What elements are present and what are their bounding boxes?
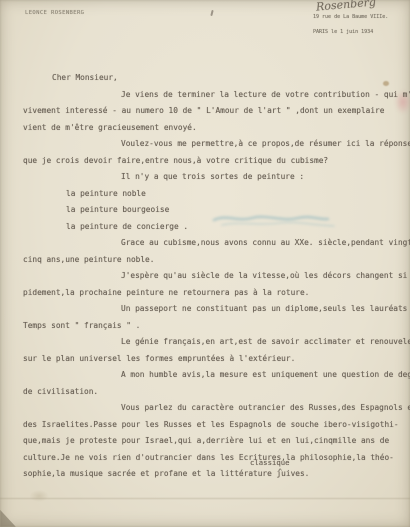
fold-crease [0, 498, 410, 499]
letter-line: que,mais je proteste pour Israel,qui a,d… [23, 433, 406, 450]
letter-line: sur le plan universel les formes emprunt… [23, 351, 406, 368]
letterhead-name: LEONCE ROSENBERG [25, 10, 84, 16]
letter-line: J'espère qu'au siècle de la vitesse,où l… [121, 268, 406, 285]
letter-line: Vous parlez du caractère outrancier des … [121, 400, 406, 417]
letter-line: de civilisation. [23, 384, 406, 401]
letter-line: Il n'y a que trois sortes de peinture : [121, 169, 406, 186]
letter-page: LEONCE ROSENBERG Rosenberg 19 rue de La … [0, 0, 410, 527]
letter-line: Voulez-vous me permettre,à ce propos,de … [121, 136, 406, 153]
letter-line: la peinture noble [66, 186, 406, 203]
letter-line: Grace au cubisme,nous avons connu au XXe… [121, 235, 406, 252]
faint-stain [26, 488, 52, 504]
letter-line: Je viens de terminer la lecture de votre… [121, 87, 406, 104]
letter-line: Temps sont " français " . [23, 318, 406, 335]
handwritten-annotation: Rosenberg [316, 0, 377, 14]
letter-line: pidement,la prochaine peinture ne retour… [23, 285, 406, 302]
letter-line: Un passeport ne constituant pas un diplo… [121, 301, 406, 318]
letter-line: que je crois devoir faire,entre nous,à v… [23, 153, 406, 170]
letter-line: cinq ans,une peinture noble. [23, 252, 406, 269]
typed-insertion-word: classique [250, 458, 290, 467]
letter-line: culture.Je ne vois rien d'outrancier dan… [23, 450, 406, 467]
salutation: Cher Monsieur, [52, 70, 406, 87]
letter-line: des Israelites.Passe pour les Russes et … [23, 417, 406, 434]
letter-line: sophie,la musique sacrée et profane et l… [23, 466, 406, 483]
sender-address: 19 rue de La Baume VIIIe. [313, 14, 388, 20]
page-corner-shadow [0, 503, 16, 527]
pencil-tick-mark [210, 10, 213, 16]
blue-ink-offset-smudge [208, 206, 344, 232]
letter-line: A mon humble avis,la mesure est uniqueme… [121, 367, 406, 384]
insertion-caret-mark: ^ [278, 468, 282, 476]
letter-line: Le génie français,en art,est de savoir a… [121, 334, 406, 351]
dateline: PARIS le 1 juin 1934 [313, 29, 373, 35]
letter-line: vient de m'être gracieusement envoyé. [23, 120, 406, 137]
letter-line: vivement interessé - au numero 10 de " L… [23, 103, 406, 120]
letter-body: Cher Monsieur, Je viens de terminer la l… [23, 70, 406, 483]
